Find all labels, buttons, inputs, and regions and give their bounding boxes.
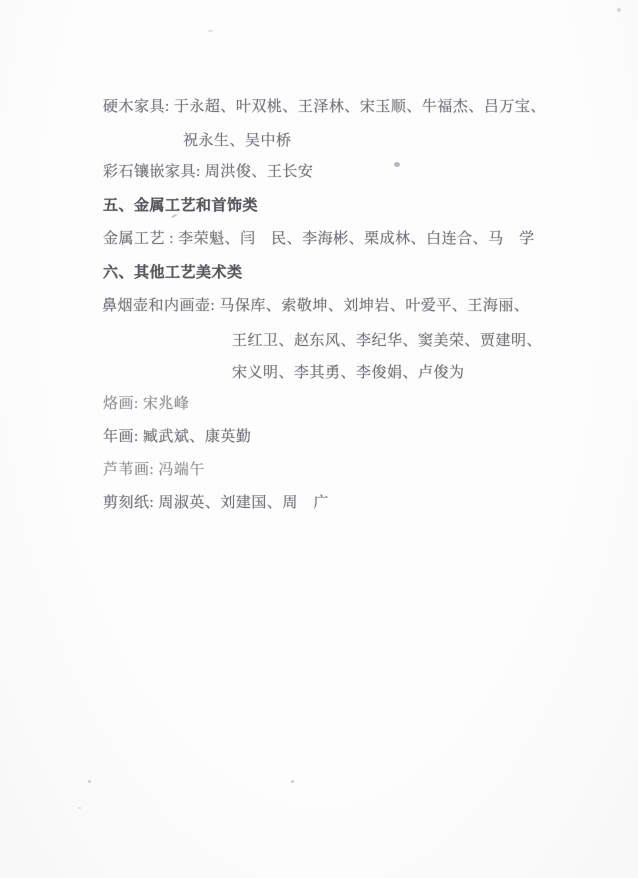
scan-speck: [78, 807, 81, 809]
entry-snuff-bottle-line2: 王红卫、赵东风、李纪华、窦美荣、贾建明、: [232, 331, 542, 351]
scan-speck: [617, 8, 621, 12]
section-heading-other-arts-and-crafts: 六、其他工艺美术类: [103, 263, 243, 283]
scan-speck: [291, 780, 294, 783]
entry-metal-craft: 金属工艺 : 李荣魁、闫 民、李海彬、栗成林、白连合、马 学: [103, 229, 535, 249]
scan-speck: [394, 162, 400, 167]
entry-hardwood-furniture-line2: 祝永生、吴中桥: [183, 131, 292, 151]
entry-colored-stone-inlay-furniture: 彩石镶嵌家具: 周洪俊、王长安: [103, 162, 313, 182]
entry-pyrography: 烙画: 宋兆峰: [103, 394, 189, 414]
entry-reed-painting: 芦苇画: 冯端午: [103, 460, 205, 480]
entry-new-year-painting: 年画: 臧武斌、康英勤: [103, 427, 251, 447]
scan-speck: [208, 30, 213, 32]
scanned-document-page: 硬木家具: 于永超、叶双桃、王泽林、宋玉顺、牛福杰、吕万宝、 祝永生、吴中桥 彩…: [0, 0, 638, 878]
entry-snuff-bottle-line1: 鼻烟壶和内画壶: 马保库、索敬坤、刘坤岩、叶爱平、王海丽、: [102, 296, 529, 316]
entry-snuff-bottle-line3: 宋义明、李其勇、李俊娟、卢俊为: [232, 363, 465, 383]
entry-hardwood-furniture-line1: 硬木家具: 于永超、叶双桃、王泽林、宋玉顺、牛福杰、吕万宝、: [103, 97, 546, 117]
section-heading-metal-craft-and-jewelry: 五、金属工艺和首饰类: [103, 196, 258, 216]
scan-speck: [88, 780, 91, 783]
entry-paper-cutting: 剪刻纸: 周淑英、刘建国、周 广: [103, 493, 329, 513]
